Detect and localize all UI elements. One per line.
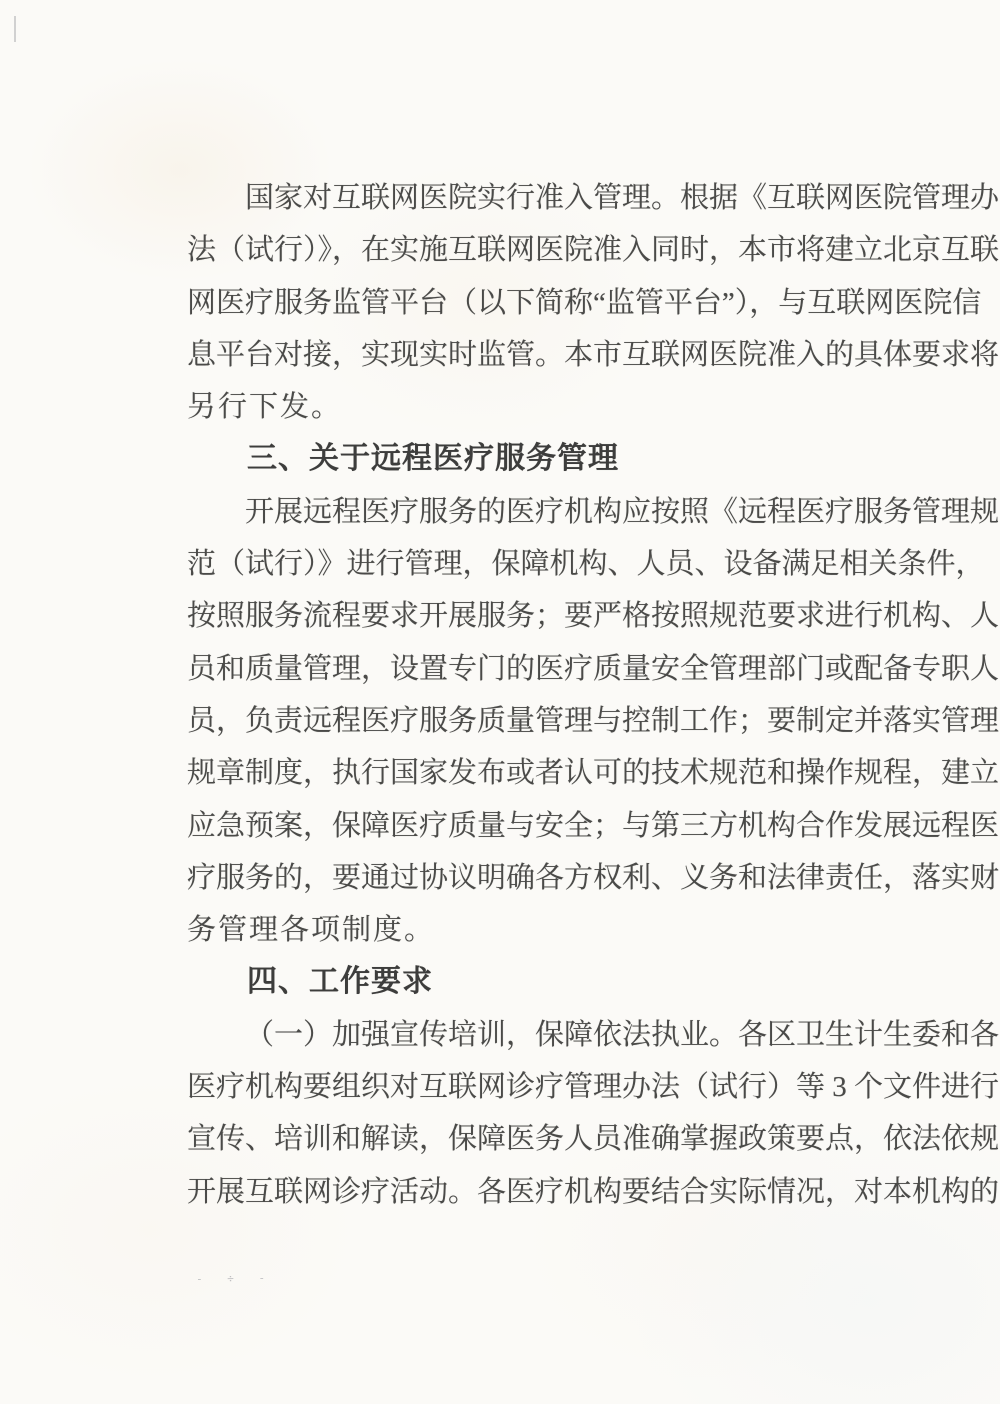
text-line: 息平台对接，实现实时监管。本市互联网医院准入的具体要求将: [187, 329, 944, 381]
text-line: 务管理各项制度。: [187, 904, 944, 956]
scan-edge-mark: [14, 16, 16, 42]
text-line: 范（试行）》进行管理，保障机构、人员、设备满足相关条件，: [187, 538, 944, 590]
text-line: 国家对互联网医院实行准入管理。根据《互联网医院管理办: [187, 172, 944, 224]
section-heading-1: 三、关于远程医疗服务管理: [187, 433, 944, 485]
document-page: 国家对互联网医院实行准入管理。根据《互联网医院管理办法（试行）》，在实施互联网医…: [0, 0, 1000, 1404]
text-line: 员，负责远程医疗服务质量管理与控制工作；要制定并落实管理: [187, 695, 944, 747]
text-line: 员和质量管理，设置专门的医疗质量安全管理部门或配备专职人: [187, 643, 944, 695]
text-line: 应急预案，保障医疗质量与安全；与第三方机构合作发展远程医: [187, 800, 944, 852]
text-line: （一）加强宣传培训，保障依法执业。各区卫生计生委和各: [187, 1009, 944, 1061]
text-line: 开展互联网诊疗活动。各医疗机构要结合实际情况，对本机构的: [187, 1166, 944, 1218]
document-content: 国家对互联网医院实行准入管理。根据《互联网医院管理办法（试行）》，在实施互联网医…: [187, 172, 944, 1218]
text-line: 疗服务的，要通过协议明确各方权利、义务和法律责任，落实财: [187, 852, 944, 904]
text-line: 按照服务流程要求开展服务；要严格按照规范要求进行机构、人: [187, 590, 944, 642]
text-line: 另行下发。: [187, 381, 944, 433]
scan-artifact: - ÷ -: [196, 1271, 274, 1285]
text-line: 规章制度，执行国家发布或者认可的技术规范和操作规程，建立: [187, 747, 944, 799]
text-line: 宣传、培训和解读，保障医务人员准确掌握政策要点，依法依规: [187, 1113, 944, 1165]
text-line: 医疗机构要组织对互联网诊疗管理办法（试行）等 3 个文件进行: [187, 1061, 944, 1113]
text-line: 网医疗服务监管平台（以下简称“监管平台”），与互联网医院信: [187, 277, 944, 329]
text-line: 法（试行）》，在实施互联网医院准入同时，本市将建立北京互联: [187, 224, 944, 276]
text-line: 开展远程医疗服务的医疗机构应按照《远程医疗服务管理规: [187, 486, 944, 538]
section-heading-3: 四、工作要求: [187, 956, 944, 1008]
